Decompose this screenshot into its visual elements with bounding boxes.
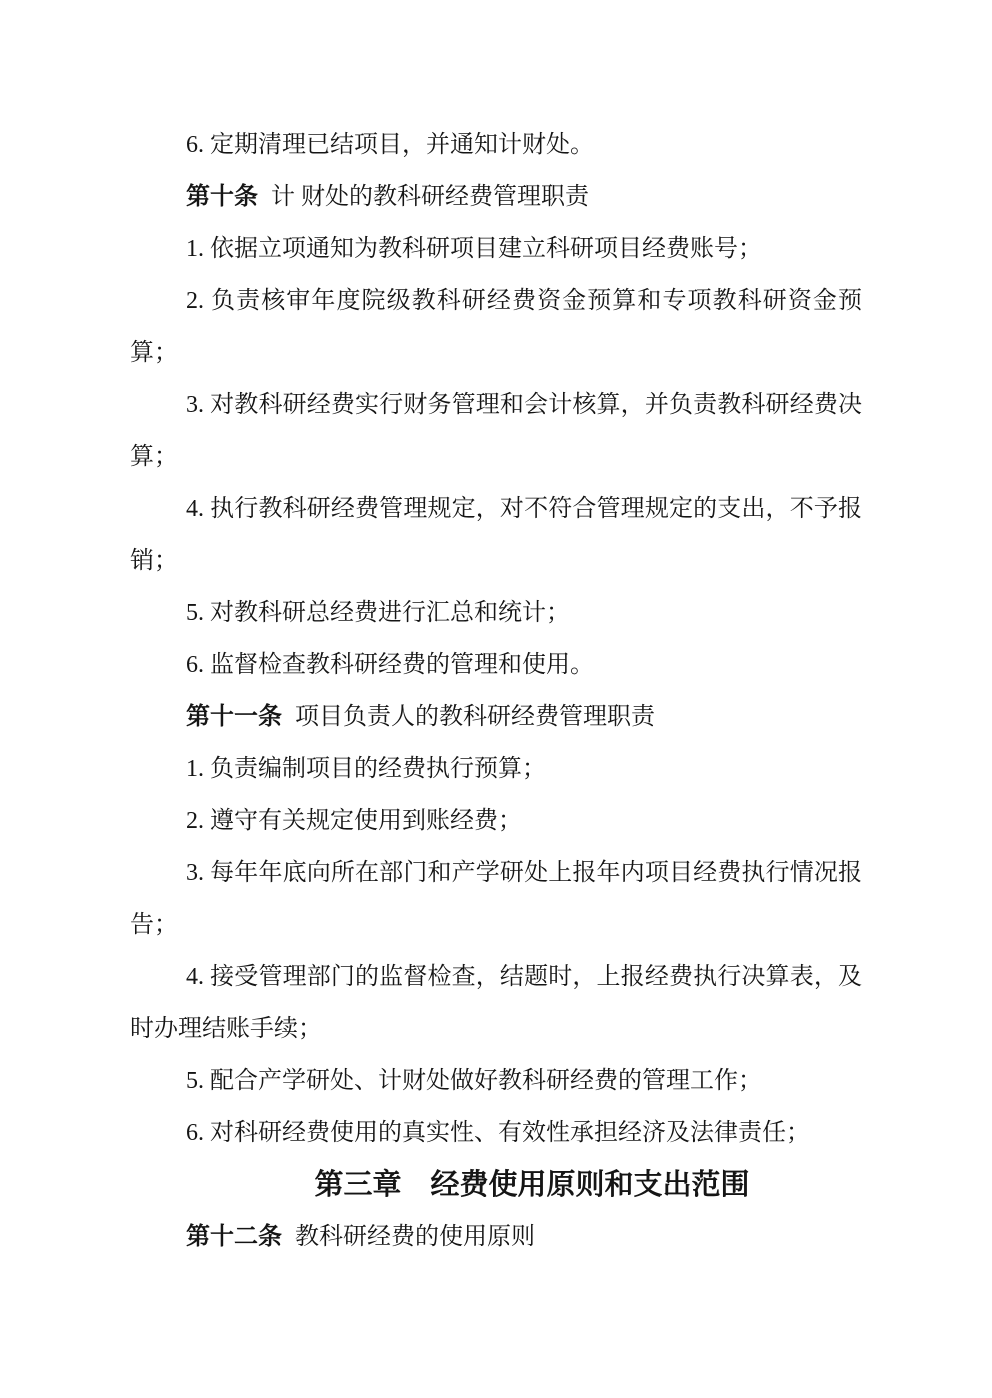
list-item: 6. 监督检查教科研经费的管理和使用。	[130, 639, 862, 691]
article-title: 项目负责人的教科研经费管理职责	[295, 704, 655, 730]
article-title: 计 财处的教科研经费管理职责	[271, 184, 589, 210]
article-heading: 第十二条教科研经费的使用原则	[130, 1211, 862, 1263]
list-item: 6. 对科研经费使用的真实性、有效性承担经济及法律责任；	[130, 1107, 862, 1159]
list-item: 1. 依据立项通知为教科研项目建立科研项目经费账号；	[130, 223, 862, 275]
list-item: 2. 负责核审年度院级教科研经费资金预算和专项教科研资金预算；	[130, 275, 862, 379]
list-item: 4. 接受管理部门的监督检查，结题时，上报经费执行决算表，及时办理结账手续；	[130, 951, 862, 1055]
chapter-heading: 第三章 经费使用原则和支出范围	[130, 1159, 862, 1211]
list-item: 2. 遵守有关规定使用到账经费；	[130, 795, 862, 847]
list-item: 3. 每年年底向所在部门和产学研处上报年内项目经费执行情况报告；	[130, 847, 862, 951]
list-item: 1. 负责编制项目的经费执行预算；	[130, 743, 862, 795]
list-item: 6. 定期清理已结项目，并通知计财处。	[130, 119, 862, 171]
list-item: 5. 配合产学研处、计财处做好教科研经费的管理工作；	[130, 1055, 862, 1107]
list-item: 4. 执行教科研经费管理规定，对不符合管理规定的支出，不予报销；	[130, 483, 862, 587]
article-number: 第十条	[186, 184, 258, 210]
article-heading: 第十条计 财处的教科研经费管理职责	[130, 171, 862, 223]
article-number: 第十二条	[186, 1224, 282, 1250]
document-page: 6. 定期清理已结项目，并通知计财处。 第十条计 财处的教科研经费管理职责 1.…	[0, 0, 992, 1263]
list-item: 5. 对教科研总经费进行汇总和统计；	[130, 587, 862, 639]
article-heading: 第十一条项目负责人的教科研经费管理职责	[130, 691, 862, 743]
article-title: 教科研经费的使用原则	[295, 1224, 535, 1250]
list-item: 3. 对教科研经费实行财务管理和会计核算，并负责教科研经费决算；	[130, 379, 862, 483]
article-number: 第十一条	[186, 704, 282, 730]
